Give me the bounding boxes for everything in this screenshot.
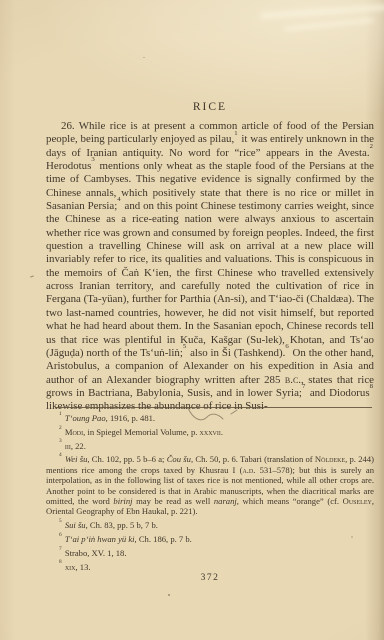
- footnote-marker: 8: [59, 559, 63, 565]
- page-number: 372: [46, 573, 374, 583]
- footnote-reference: 3: [91, 156, 95, 163]
- footnote-marker: 7: [59, 546, 63, 552]
- footnote-reference: 8: [370, 383, 374, 390]
- footnote: 8 xix, 13.: [46, 562, 374, 572]
- text-run: Nöldeke: [315, 454, 345, 464]
- footnotes-section: 1 T‘oung Pao, 1916, p. 481.2 Modi, in Sp…: [46, 413, 374, 575]
- text-run: a.d.: [242, 465, 255, 475]
- footnote-marker: 4: [59, 452, 63, 458]
- text-run: , in Spiegel Memorial Volume, p.: [83, 427, 199, 437]
- scan-light-streak: [284, 17, 374, 31]
- text-run: , Ch. 102, pp. 5 b–6 a;: [87, 454, 166, 464]
- text-run: Wei šu: [65, 454, 87, 464]
- text-run: naranj: [214, 496, 237, 506]
- text-run: xxxvii: [200, 427, 221, 437]
- footnote-reference: 1: [234, 130, 238, 137]
- footnote-marker: 1: [59, 411, 63, 417]
- text-run: and on this point Chinese testimony carr…: [46, 200, 374, 359]
- footnote-marker: 2: [59, 425, 63, 431]
- text-run: Modi: [65, 427, 83, 437]
- footnote: 7 Strabo, XV. 1, 18.: [46, 548, 374, 558]
- scan-speck: [168, 594, 170, 596]
- footnote: 4 Wei šu, Ch. 102, pp. 5 b–6 a; Čou šu, …: [46, 454, 374, 516]
- footnote: 6 T‘ai p‘iṅ hwan yü ki, Ch. 186, p. 7 b.: [46, 534, 374, 544]
- footnote: 1 T‘oung Pao, 1916, p. 481.: [46, 413, 374, 423]
- text-run: T‘ai p‘iṅ hwan yü ki: [65, 534, 135, 544]
- book-page-scan: RICE 26. While rice is at present a comm…: [0, 0, 384, 640]
- text-run: also in Ši (Tashkend).: [187, 347, 285, 359]
- text-run: , which means “orange” (cf.: [237, 496, 343, 506]
- footnote-marker: 5: [59, 518, 63, 524]
- scan-speck: [143, 57, 145, 58]
- footnote-reference: 7: [302, 383, 306, 390]
- text-run: T‘oung Pao: [65, 413, 106, 423]
- scan-speck: [30, 275, 34, 277]
- text-run: Sui šu: [65, 520, 86, 530]
- text-run: Ouseley: [343, 496, 372, 506]
- text-run: Strabo, XV. 1, 18.: [65, 548, 127, 558]
- text-run: , 22.: [71, 441, 86, 451]
- footnote-marker: 3: [59, 438, 63, 444]
- footnote-reference: 5: [183, 343, 187, 350]
- text-run: xix: [65, 562, 76, 572]
- text-run: Čou šu: [167, 454, 191, 464]
- footnote-reference: 6: [285, 343, 289, 350]
- footnote-reference: 4: [117, 196, 121, 203]
- scan-speck: [351, 536, 353, 538]
- text-run: Herodotus: [46, 160, 91, 172]
- text-run: and Diodorus: [306, 387, 369, 399]
- text-run: .: [221, 427, 223, 437]
- footnote: 3 iii, 22.: [46, 441, 374, 451]
- footnote: 5 Sui šu, Ch. 83, pp. 5 b, 7 b.: [46, 520, 374, 530]
- text-run: , Ch. 186, p. 7 b.: [135, 534, 192, 544]
- text-run: , 1916, p. 481.: [106, 413, 155, 423]
- body-paragraph: 26. While rice is at present a common ar…: [46, 120, 374, 414]
- page-title: RICE: [46, 101, 374, 113]
- text-run: , Ch. 50, p. 6. Tabari (translation of: [191, 454, 315, 464]
- text-run: may be read as well: [133, 496, 214, 506]
- text-run: , 13.: [76, 562, 91, 572]
- text-run: , Ch. 83, pp. 5 b, 7 b.: [86, 520, 158, 530]
- text-run: birinj: [113, 496, 132, 506]
- footnote: 2 Modi, in Spiegel Memorial Volume, p. x…: [46, 427, 374, 437]
- footnote-marker: 6: [59, 532, 63, 538]
- text-run: b.c.: [285, 374, 301, 386]
- footnote-reference: 2: [370, 143, 374, 150]
